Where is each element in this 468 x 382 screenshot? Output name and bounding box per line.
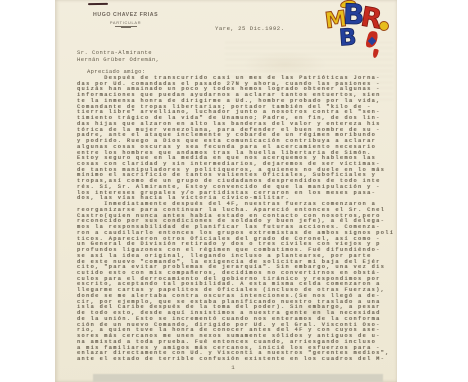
emblem-yellow-dot <box>379 21 389 31</box>
emblem-letter-b-lower: B <box>338 26 357 50</box>
letterhead-subtitle: PARTICULAR <box>93 20 158 25</box>
mbr-emblem: M B R B <box>326 1 402 61</box>
top-edge-mark <box>88 3 108 6</box>
bottom-edge-shadow <box>93 374 383 382</box>
letter-body: Después de transcurrido casi un mes de l… <box>77 76 395 363</box>
letterhead: HUGO CHAVEZ FRIAS PARTICULAR <box>93 12 158 28</box>
letterhead-name: HUGO CHAVEZ FRIAS <box>93 12 158 18</box>
dateline: Yare, 25 Dic.1992. <box>215 25 284 32</box>
paper-sheet: HUGO CHAVEZ FRIAS PARTICULAR Yare, 25 Di… <box>55 0 397 382</box>
scanned-letter-page: HUGO CHAVEZ FRIAS PARTICULAR Yare, 25 Di… <box>0 0 468 382</box>
recipient-block: Sr. Contra-Almirante Hernán Grüber Odrem… <box>77 49 160 63</box>
page-number: 1 <box>227 364 239 371</box>
recipient-name: Hernán Grüber Odremán, <box>77 56 160 63</box>
letterhead-underline-flourish <box>121 27 131 28</box>
recipient-title: Sr. Contra-Almirante <box>77 49 160 56</box>
salutation: Apreciado amigo: <box>87 68 145 75</box>
emblem-red-drip <box>372 49 379 59</box>
